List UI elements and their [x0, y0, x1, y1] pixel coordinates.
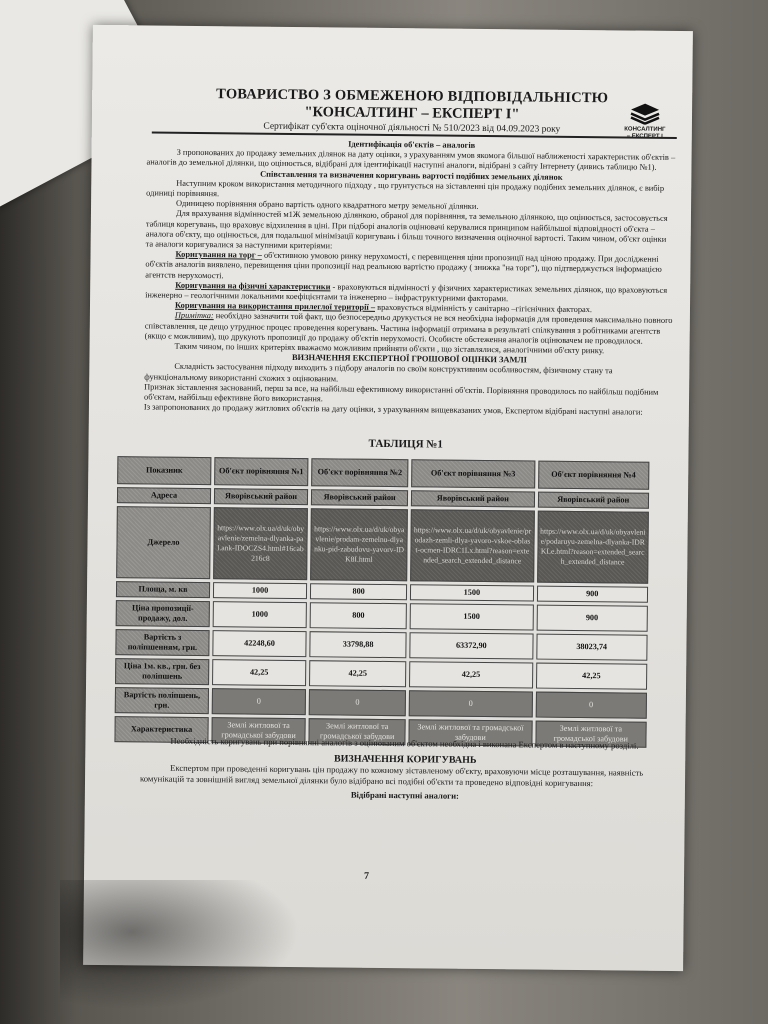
column-header-object: Об'єкт порівняння №1 — [214, 457, 308, 486]
column-header-object: Об'єкт порівняння №4 — [538, 461, 650, 490]
document-body: Ідентифікація об'єктів – аналогів З проп… — [144, 137, 677, 418]
column-header-object: Об'єкт порівняння №3 — [411, 459, 535, 488]
criterion-label: Коригування на використання прилеглої те… — [175, 301, 375, 312]
shadow — [60, 880, 300, 1010]
table-cell: Яворівський район — [537, 492, 649, 509]
company-logo: КОНСАЛТИНГ – ЕКСПЕРТ І — [610, 102, 680, 141]
table-row: Ціна 1м. кв., грн. без поліпшень42,2542,… — [115, 658, 647, 690]
table-cell: 0 — [309, 689, 406, 716]
table-row: Вартість поліпшень, грн.0000 — [115, 687, 647, 719]
row-label: Ціна 1м. кв., грн. без поліпшень — [115, 658, 209, 685]
table-row: АдресаЯворівський районЯворівський район… — [117, 487, 649, 509]
criterion-label: Коригування на торг – — [175, 250, 261, 260]
table-cell: 1500 — [410, 603, 534, 630]
note-label: Примітка: — [175, 311, 214, 320]
table-cell: 1500 — [410, 584, 533, 601]
row-label: Вартість поліпшень, грн. — [115, 687, 209, 714]
criterion-label: Коригування на фізичні характеристики — [175, 281, 330, 292]
table-cell: https://www.olx.ua/d/uk/obyavlenie/proda… — [310, 508, 408, 581]
table-row: Джерелоhttps://www.olx.ua/d/uk/obyavleni… — [116, 506, 649, 584]
table-cell: 900 — [536, 586, 648, 603]
page-number: 7 — [364, 871, 369, 882]
table-cell: 42,25 — [212, 659, 306, 686]
table-title: ТАБЛИЦЯ №1 — [369, 438, 443, 451]
table-row: Вартість з поліпшенням, грн.42248,603379… — [115, 629, 647, 661]
selected-analogs-label: Відібрані наступні аналоги: — [140, 787, 670, 803]
table-row: Площа, м. кв10008001500900 — [116, 581, 648, 603]
table-cell: Яворівський район — [214, 488, 308, 505]
column-header-object: Об'єкт порівняння №2 — [311, 458, 408, 487]
note-text: необхідно зазначити той факт, що безпосе… — [145, 312, 673, 346]
table-cell: 900 — [536, 605, 648, 632]
table-cell: 0 — [212, 688, 306, 715]
row-label: Ціна пропозиції-продажу, дол. — [116, 600, 210, 627]
layers-icon — [630, 103, 660, 125]
table-header-row: ПоказникОб'єкт порівняння №1Об'єкт порів… — [117, 456, 649, 490]
table-cell: 33798,88 — [309, 631, 406, 658]
row-label: Площа, м. кв — [116, 581, 210, 598]
table-cell: https://www.olx.ua/d/uk/obyavlenie/zemel… — [213, 507, 308, 580]
paragraph: Для врахування відмінностей м1Ж земельно… — [146, 209, 676, 255]
table-cell: 1000 — [213, 582, 307, 599]
table-cell: Яворівський район — [411, 490, 534, 507]
after-table-text: Необхідність коригувань при порівнянні а… — [140, 735, 671, 803]
table-cell: 800 — [310, 583, 407, 600]
column-header-indicator: Показник — [117, 456, 211, 485]
table-cell: 63372,90 — [410, 632, 534, 659]
table-cell: 42248,60 — [212, 630, 306, 657]
table-cell: 0 — [409, 690, 533, 717]
table-cell: Яворівський район — [311, 489, 408, 506]
table-cell: 800 — [310, 602, 407, 629]
row-label: Адреса — [117, 487, 211, 504]
table-cell: 42,25 — [309, 660, 406, 687]
table-cell: 42,25 — [536, 663, 648, 690]
row-label: Вартість з поліпшенням, грн. — [115, 629, 209, 656]
document-header: ТОВАРИСТВО З ОБМЕЖЕНОЮ ВІДПОВІДАЛЬНІСТЮ … — [202, 86, 622, 135]
table-cell: 38023,74 — [536, 634, 648, 661]
table-cell: https://www.olx.ua/d/uk/obyavlenie/proda… — [410, 509, 534, 582]
table-cell: 42,25 — [409, 661, 533, 688]
row-label: Джерело — [116, 506, 211, 579]
paragraph: Експертом при проведенні коригувань цін … — [140, 762, 670, 789]
document-page: ТОВАРИСТВО З ОБМЕЖЕНОЮ ВІДПОВІДАЛЬНІСТЮ … — [83, 25, 693, 971]
table-cell: 0 — [535, 692, 647, 719]
table-cell: 1000 — [213, 601, 307, 628]
comparison-table: ПоказникОб'єкт порівняння №1Об'єкт порів… — [111, 453, 652, 751]
table-cell: https://www.olx.ua/d/uk/obyavlenie/podar… — [537, 511, 649, 584]
table-row: Ціна пропозиції-продажу, дол.10008001500… — [116, 600, 648, 632]
